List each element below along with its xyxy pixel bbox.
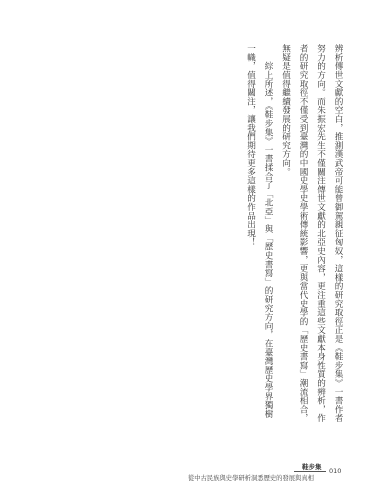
page-number: 010	[329, 467, 341, 475]
vertical-text-body: 辨析傳世文獻的空白，推測漢武帝可能曾御駕親征匈奴，這樣的研究取徑正是《鞋步集》一…	[241, 44, 346, 426]
paragraph: 綜上所述，《鞋步集》一書揉合了「北亞」與「歷史書寫」的研究方向，在臺灣歷史學界獨…	[241, 44, 276, 426]
footer-subtitle: 從中古民族與史學研析洞悉歷史的發展與真相	[188, 473, 314, 482]
paragraph: 辨析傳世文獻的空白，推測漢武帝可能曾御駕親征匈奴，這樣的研究取徑正是《鞋步集》一…	[276, 44, 346, 426]
footer-book-title: 鞋步集	[302, 462, 322, 471]
footer-divider	[294, 471, 326, 472]
book-page: 辨析傳世文獻的空白，推測漢武帝可能曾御駕親征匈奴，這樣的研究取徑正是《鞋步集》一…	[0, 0, 386, 500]
page-footer: 鞋步集 010 從中古民族與史學研析洞悉歷史的發展與真相	[0, 460, 386, 490]
